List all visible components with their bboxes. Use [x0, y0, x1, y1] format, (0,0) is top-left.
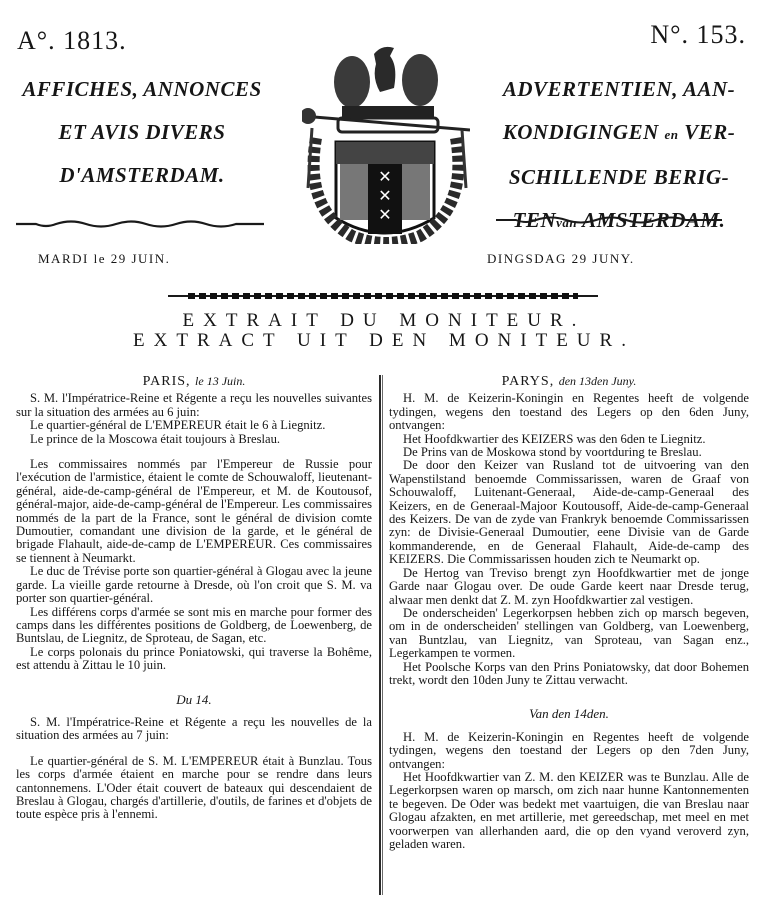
french-paragraph: Les différens corps d'armée se sont mis … [16, 606, 372, 646]
dutch-paragraph: De onderscheiden' Legerkorpsen hebben zi… [389, 607, 749, 661]
french-subheading: Du 14. [16, 693, 372, 706]
french-column: PARIS, le 13 Juin. S. M. l'Impératrice-R… [16, 375, 372, 822]
masthead-dutch-line-3: SCHILLENDE BERIG- [478, 156, 760, 199]
svg-text:✕: ✕ [378, 167, 391, 186]
french-paragraph: Le quartier-général de S. M. L'EMPEREUR … [16, 755, 372, 822]
masthead-french-line-3: D'AMSTERDAM. [12, 154, 272, 197]
french-paragraph: Le quartier-général de L'EMPEREUR était … [16, 419, 372, 432]
dutch-paragraph: Het Hoofdkwartier van Z. M. den KEIZER w… [389, 771, 749, 851]
column-divider-inner [382, 375, 383, 895]
dutch-column: PARYS, den 13den Juny. H. M. de Keizerin… [389, 375, 749, 851]
french-paragraph: S. M. l'Impératrice-Reine et Régente a r… [16, 716, 372, 743]
dutch-paragraph: Het Poolsche Korps van den Prins Poniato… [389, 661, 749, 688]
dutch-paragraph: De Hertog van Treviso brengt zyn Hoofdkw… [389, 567, 749, 607]
french-paragraph: Le duc de Trévise porte son quartier-gén… [16, 565, 372, 605]
svg-text:✕: ✕ [378, 186, 391, 205]
dutch-paragraph: Het Hoofdkwartier des KEIZERS was den 6d… [389, 433, 749, 446]
ornamental-rule-icon [168, 292, 598, 300]
section-title-dutch: EXTRACT UIT DEN MONITEUR. [0, 330, 768, 352]
column-divider [379, 375, 381, 895]
french-paragraph: Les commissaires nommés par l'Empereur d… [16, 458, 372, 565]
date-french: MARDI le 29 JUIN. [38, 251, 170, 267]
masthead-dutch-line-2: KONDIGINGEN en VER- [478, 111, 760, 156]
dutch-paragraph: De Prins van de Moskowa stond by voortdu… [389, 446, 749, 459]
wave-ornament-left-icon [16, 219, 264, 229]
masthead-dutch-line-1: ADVERTENTIEN, AAN- [478, 68, 760, 111]
dutch-paragraph: De door den Keizer van Rusland tot de ui… [389, 459, 749, 566]
french-paragraph: S. M. l'Impératrice-Reine et Régente a r… [16, 392, 372, 419]
masthead-french-line-2: ET AVIS DIVERS [12, 111, 272, 154]
french-dateline: PARIS, le 13 Juin. [16, 375, 372, 388]
date-dutch: DINGSDAG 29 JUNY. [487, 251, 635, 267]
wave-ornament-right-icon [496, 215, 722, 225]
masthead-french-line-1: AFFICHES, ANNONCES [12, 68, 272, 111]
dutch-subheading: Van den 14den. [389, 707, 749, 720]
issue-number: N°. 153. [650, 20, 746, 50]
dutch-paragraph: H. M. de Keizerin-Koningin en Regentes h… [389, 731, 749, 771]
year-label: A°. 1813. [17, 26, 127, 56]
svg-text:✕: ✕ [378, 205, 391, 224]
french-paragraph: Le prince de la Moscowa était toujours à… [16, 433, 372, 446]
section-title-french: EXTRAIT DU MONITEUR. [0, 310, 768, 332]
dutch-paragraph: H. M. de Keizerin-Koningin en Regentes h… [389, 392, 749, 432]
amsterdam-coat-of-arms-icon: ✕ ✕ ✕ [302, 18, 470, 244]
masthead-french-title: AFFICHES, ANNONCES ET AVIS DIVERS D'AMST… [12, 68, 272, 197]
french-paragraph: Le corps polonais du prince Poniatowski,… [16, 646, 372, 673]
dutch-dateline: PARYS, den 13den Juny. [389, 375, 749, 388]
